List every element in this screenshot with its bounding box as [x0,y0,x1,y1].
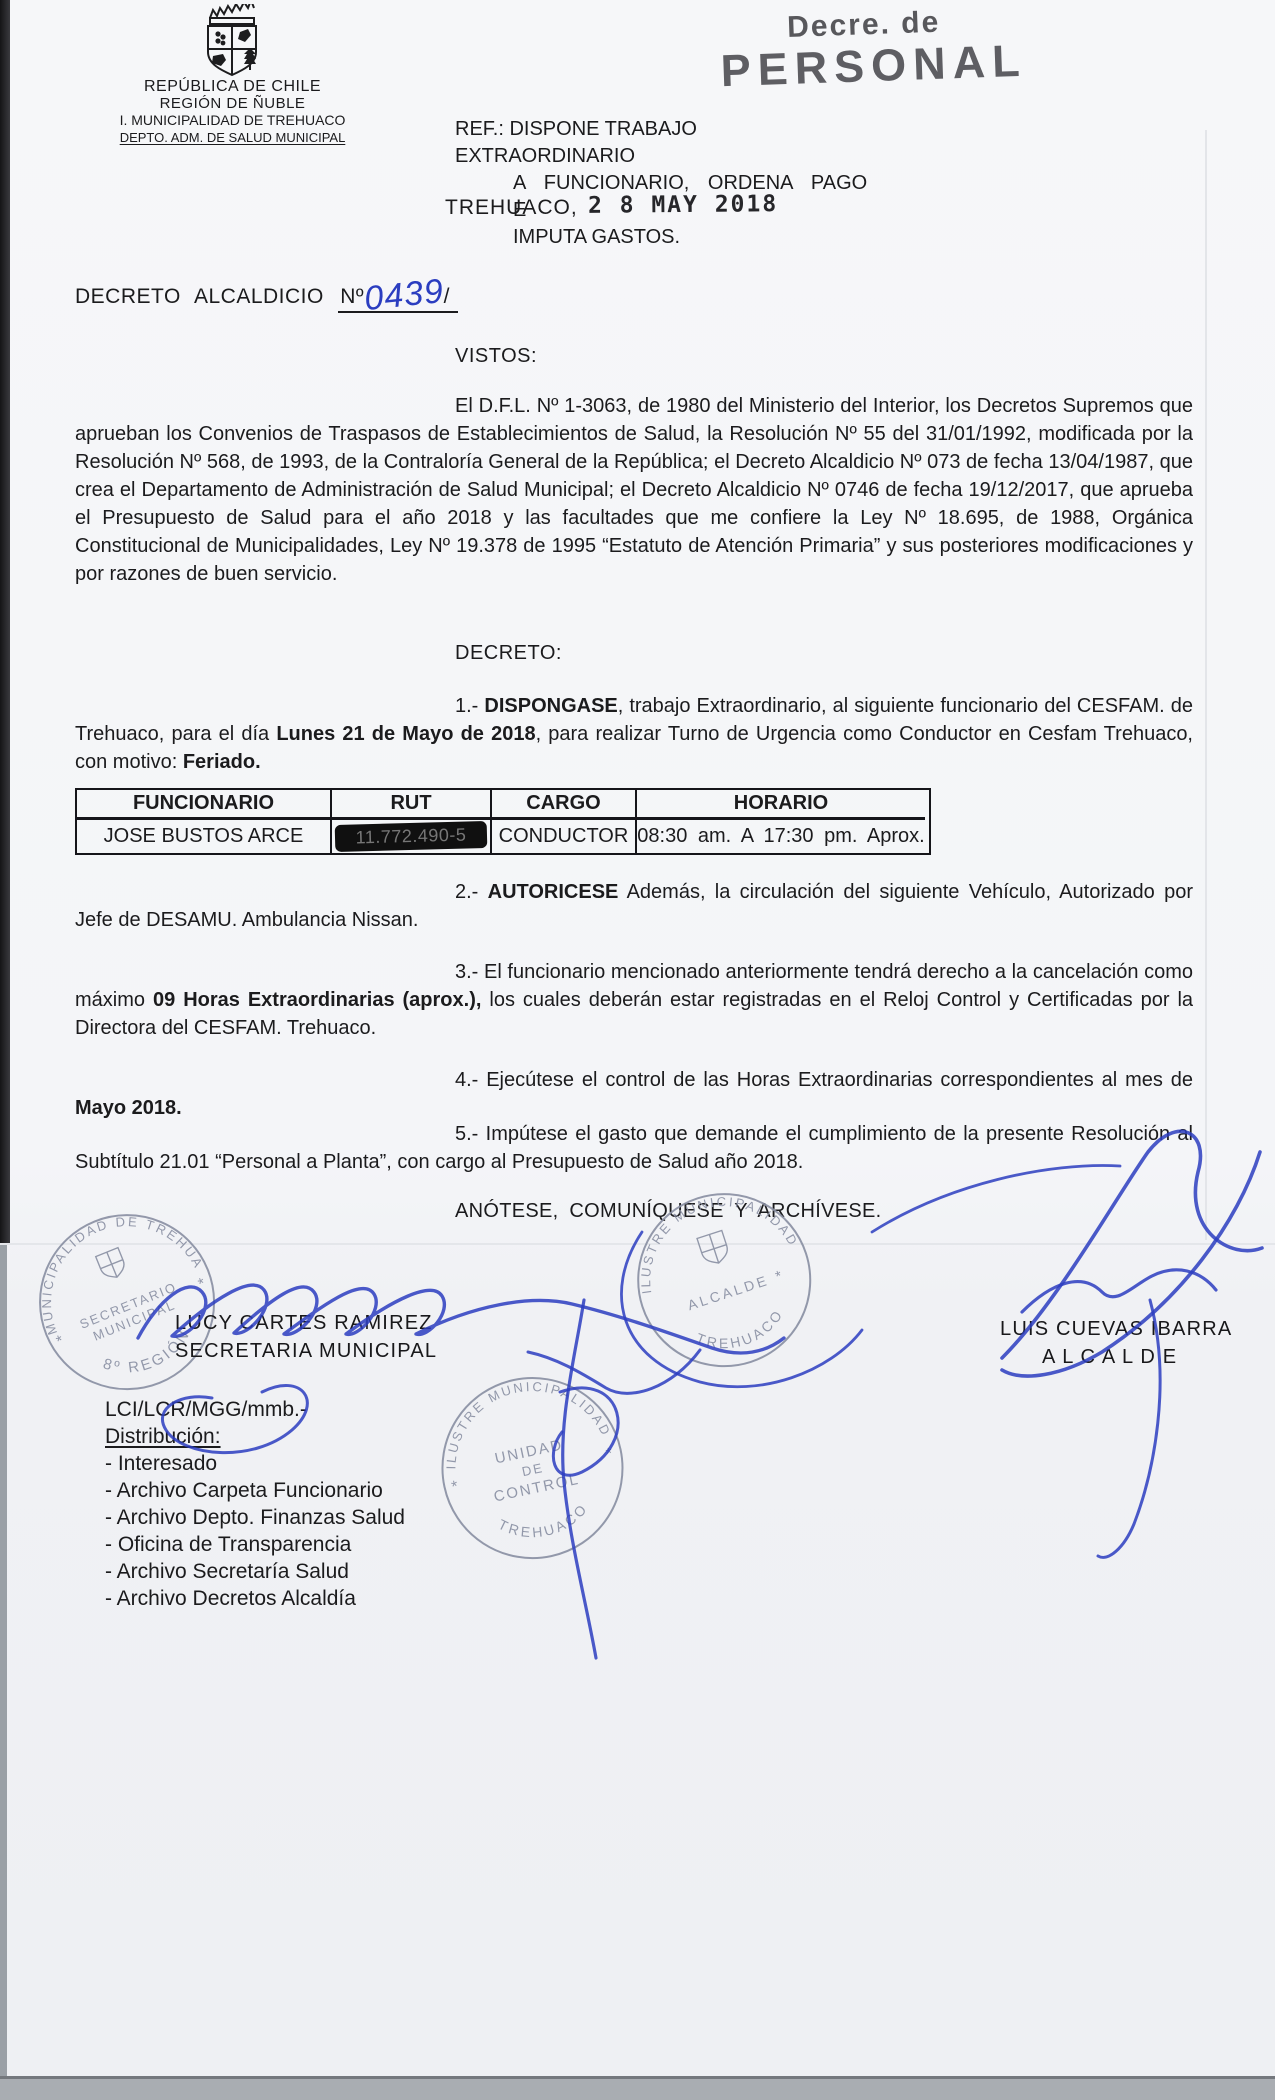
table-header-rut: RUT [332,790,492,820]
svg-text:TREHUACO: TREHUACO [493,1498,595,1549]
p1-num: 1.- [455,695,484,717]
decree-label: DECRETO ALCALDICIO [75,285,324,308]
scan-bottom-band [0,2076,1275,2100]
rut-redaction-box: 11.772.490-5 [335,821,488,852]
ref-line1: REF.: DISPONE TRABAJO EXTRAORDINARIO [455,116,875,170]
decree-point-4: 4.- Ejecútese el control de las Horas Ex… [75,1066,1193,1122]
letterhead-country: REPÚBLICA DE CHILE [75,78,390,95]
alcalde-stamp-arc-bottom: TREHUACO [690,1303,792,1363]
personal-decree-stamp: Decre. de PERSONAL [719,0,1142,97]
decree-number-underline: Nº0439/ [338,285,458,313]
personal-stamp-line2: PERSONAL [720,31,1142,98]
table-cell-rut: 11.772.490-5 [332,820,492,853]
p1-date-bold: Lunes 21 de Mayo de 2018 [276,723,535,745]
letterhead-department: DEPTO. ADM. DE SALUD MUNICIPAL [75,129,390,146]
reference-block: REF.: DISPONE TRABAJO EXTRAORDINARIO A F… [455,116,875,251]
table-header-funcionario: FUNCIONARIO [77,790,332,820]
date-stamp: 2 8 MAY 2018 [588,191,778,219]
p2-text: Además, la circulación del siguiente Veh… [75,881,1193,931]
pen-ink-overlay [0,0,1275,2100]
decree-point-3: 3.- El funcionario mencionado anteriorme… [75,958,1193,1042]
control-stamp-arc-bottom: TREHUACO [493,1498,595,1549]
control-stamp-center2: DE [520,1460,545,1479]
scan-edge-left-lower [0,1245,7,2100]
letterhead-municipality: I. MUNICIPALIDAD DE TREHUACO [75,112,390,129]
vistos-paragraph: El D.F.L. Nº 1-3063, de 1980 del Ministe… [75,392,1193,588]
p5-text: 5.- Impútese el gasto que demande el cum… [75,1123,1193,1173]
municipal-coat-of-arms-icon [168,4,296,78]
star-icon: * [54,1333,66,1351]
alcalde-stamp-center: ALCALDE [685,1272,771,1313]
p2-num: 2.- [455,881,488,903]
responsibility-initials: LCI/LCR/MGG/mmb.- [105,1396,405,1423]
table-cell-cargo: CONDUCTOR [492,820,637,853]
secretaria-name: LUCY CARTES RAMIREZ [175,1312,433,1335]
scan-edge-right [1205,130,1207,1240]
distribution-item: - Archivo Depto. Finanzas Salud [105,1504,405,1531]
alcalde-signature-3 [1022,1270,1216,1312]
p2-autoricese: AUTORICESE [488,881,619,903]
decreto-heading: DECRETO: [455,642,562,665]
star-icon: * [605,1445,615,1463]
p1-dispongase: DISPONGASE [484,695,617,717]
alcalde-name: LUIS CUEVAS IBARRA [1000,1318,1232,1341]
overtime-table: FUNCIONARIO RUT CARGO HORARIO JOSE BUSTO… [75,788,931,855]
table-header-horario: HORARIO [637,790,925,820]
decree-point-1: 1.- DISPONGASE, trabajo Extraordinario, … [75,692,1193,776]
ref-line3: IMPUTA GASTOS. [513,224,875,251]
decree-number-line: DECRETO ALCALDICIO Nº0439/ [75,282,458,309]
table-cell-funcionario: JOSE BUSTOS ARCE [77,820,332,853]
decree-point-2: 2.- AUTORICESE Además, la circulación de… [75,878,1193,934]
p1-feriado: Feriado. [183,751,261,773]
distribution-item: - Archivo Decretos Alcaldía [105,1585,405,1612]
distribution-item: - Interesado [105,1450,405,1477]
unidad-control-stamp: ILUSTRE MUNICIPALIDAD UNIDAD DE CONTROL … [396,1332,670,1610]
alcalde-title: A L C A L D E [1042,1346,1177,1369]
table-cell-horario: 08:30 am. A 17:30 pm. Aprox. [637,820,925,853]
letterhead-region: REGIÓN DE ÑUBLE [75,95,390,112]
letterhead: REPÚBLICA DE CHILE REGIÓN DE ÑUBLE I. MU… [75,78,390,146]
distribution-heading: Distribución: [105,1423,405,1450]
star-icon: * [773,1268,784,1286]
handwritten-decree-number: 0439 [364,281,445,309]
dateline-city: TREHUACO, [445,196,578,220]
p4-month-bold: Mayo 2018. [75,1097,182,1119]
star-icon: * [196,1275,208,1293]
p4-text: 4.- Ejecútese el control de las Horas Ex… [455,1069,1193,1091]
svg-text:TREHUACO: TREHUACO [690,1303,792,1363]
distribution-item: - Archivo Carpeta Funcionario [105,1477,405,1504]
table-header-cargo: CARGO [492,790,637,820]
secretaria-title: SECRETARIA MUNICIPAL [175,1340,437,1363]
scanned-decree-page: REPÚBLICA DE CHILE REGIÓN DE ÑUBLE I. MU… [0,0,1275,2100]
scan-edge-left [0,0,10,1245]
decree-point-5: 5.- Impútese el gasto que demande el cum… [75,1120,1193,1176]
distribution-item: - Oficina de Transparencia [105,1531,405,1558]
decree-number-symbol: Nº [340,285,364,308]
alcalde-signature-2 [1002,1152,1260,1376]
distribution-item: - Archivo Secretaría Salud [105,1558,405,1585]
star-icon: * [450,1478,460,1496]
vistos-heading: VISTOS: [455,345,537,368]
p3-hours-bold: 09 Horas Extraordinarias (aprox.), [153,989,481,1011]
footer-distribution: LCI/LCR/MGG/mmb.- Distribución: - Intere… [105,1396,405,1612]
